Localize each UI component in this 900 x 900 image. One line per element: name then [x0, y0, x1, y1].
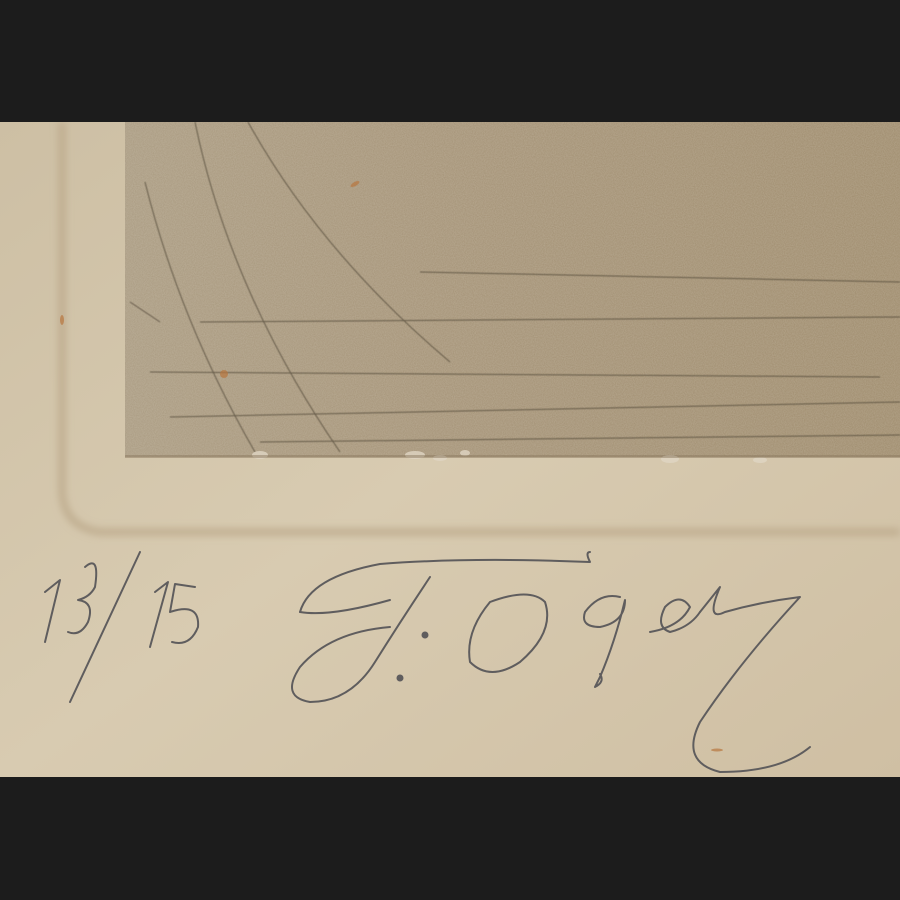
- image-frame: [0, 0, 900, 900]
- etching-photo: [0, 122, 900, 777]
